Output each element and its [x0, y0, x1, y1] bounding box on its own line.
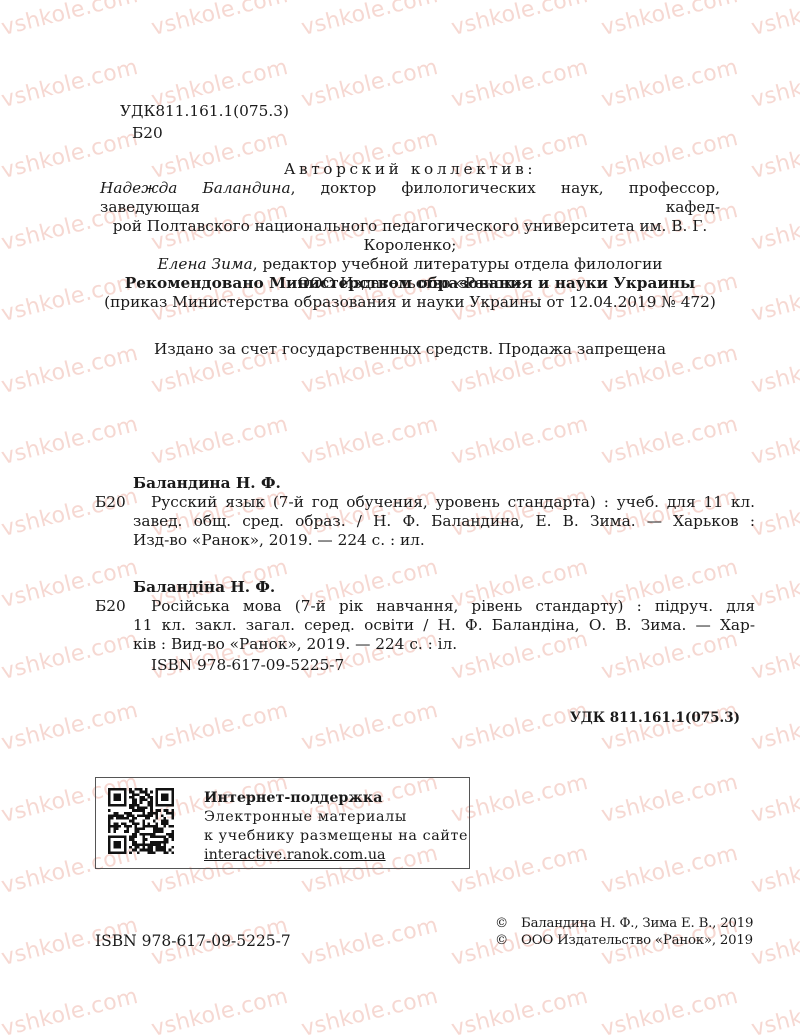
- catalog-author: Баландіна Н. Ф.: [95, 578, 755, 597]
- qr-code-icon[interactable]: [108, 788, 174, 854]
- catalog-line: 11 кл. закл. загал. серед. освіти / Н. Ф…: [133, 616, 755, 635]
- udk-code-bottom: УДК 811.161.1(075.3): [570, 710, 740, 726]
- author2-name: Елена Зима: [158, 255, 253, 273]
- support-text: Интернет-поддержка Электронные материалы…: [204, 789, 468, 865]
- authors-heading: Авторский коллектив:: [100, 160, 720, 179]
- catalog-author: Баландина Н. Ф.: [95, 474, 755, 493]
- copyright-publisher: ©ООО Издательство «Ранок», 2019: [495, 933, 753, 948]
- bbk-code: Б20: [132, 124, 163, 143]
- author2-title: , редактор учебной литературы отдела фил…: [253, 255, 663, 273]
- support-website-link[interactable]: interactive.ranok.com.ua: [204, 846, 468, 865]
- copyright-icon: ©: [495, 933, 521, 948]
- catalog-line: Изд-во «Ранок», 2019. — 224 с. : ил.: [133, 531, 755, 550]
- recommendation-title: Рекомендовано Министерством образования …: [100, 274, 720, 293]
- copyright-icon: ©: [495, 916, 521, 931]
- recommendation: Рекомендовано Министерством образования …: [100, 274, 720, 312]
- funding-note: Издано за счет государственных средств. …: [100, 340, 720, 359]
- isbn: ISBN 978-617-09-5225-7: [95, 932, 291, 950]
- internet-support-box: Интернет-поддержка Электронные материалы…: [95, 777, 470, 869]
- copyright-text: ООО Издательство «Ранок», 2019: [521, 933, 753, 948]
- catalog-line: завед. общ. сред. образ. / Н. Ф. Баланди…: [133, 512, 755, 531]
- catalog-line: Русский язык (7-й год обучения, уровень …: [133, 493, 755, 512]
- catalog-entry-ru: Баландина Н. Ф. Б20 Русский язык (7-й го…: [95, 474, 755, 550]
- udk-code: УДК811.161.1(075.3): [120, 102, 289, 121]
- author1-name: Надежда Баландина: [100, 179, 291, 197]
- catalog-line: ків : Вид-во «Ранок», 2019. — 224 с. : і…: [133, 635, 755, 654]
- support-title: Интернет-поддержка: [204, 789, 468, 808]
- catalog-entry-uk: Баландіна Н. Ф. Б20 Російська мова (7-й …: [95, 578, 755, 675]
- support-description: к учебнику размещены на сайте: [204, 827, 468, 846]
- author2-line: Елена Зима, редактор учебной литературы …: [100, 255, 720, 274]
- catalog-line: Російська мова (7-й рік навчання, рівень…: [133, 597, 755, 616]
- recommendation-order: (приказ Министерства образования и науки…: [100, 293, 720, 312]
- copyright-text: Баландина Н. Ф., Зима Е. В., 2019: [521, 916, 753, 931]
- catalog-code: Б20: [95, 597, 133, 675]
- copyright-authors: ©Баландина Н. Ф., Зима Е. В., 2019: [495, 916, 753, 931]
- catalog-isbn: ISBN 978-617-09-5225-7: [133, 656, 755, 675]
- author1-line2: рой Полтавского национального педагогиче…: [100, 217, 720, 255]
- imprint-page: УДК811.161.1(075.3) Б20 Авторский коллек…: [0, 0, 800, 1035]
- author1-line1: Надежда Баландина, доктор филологических…: [100, 179, 720, 217]
- support-description: Электронные материалы: [204, 808, 468, 827]
- catalog-code: Б20: [95, 493, 133, 550]
